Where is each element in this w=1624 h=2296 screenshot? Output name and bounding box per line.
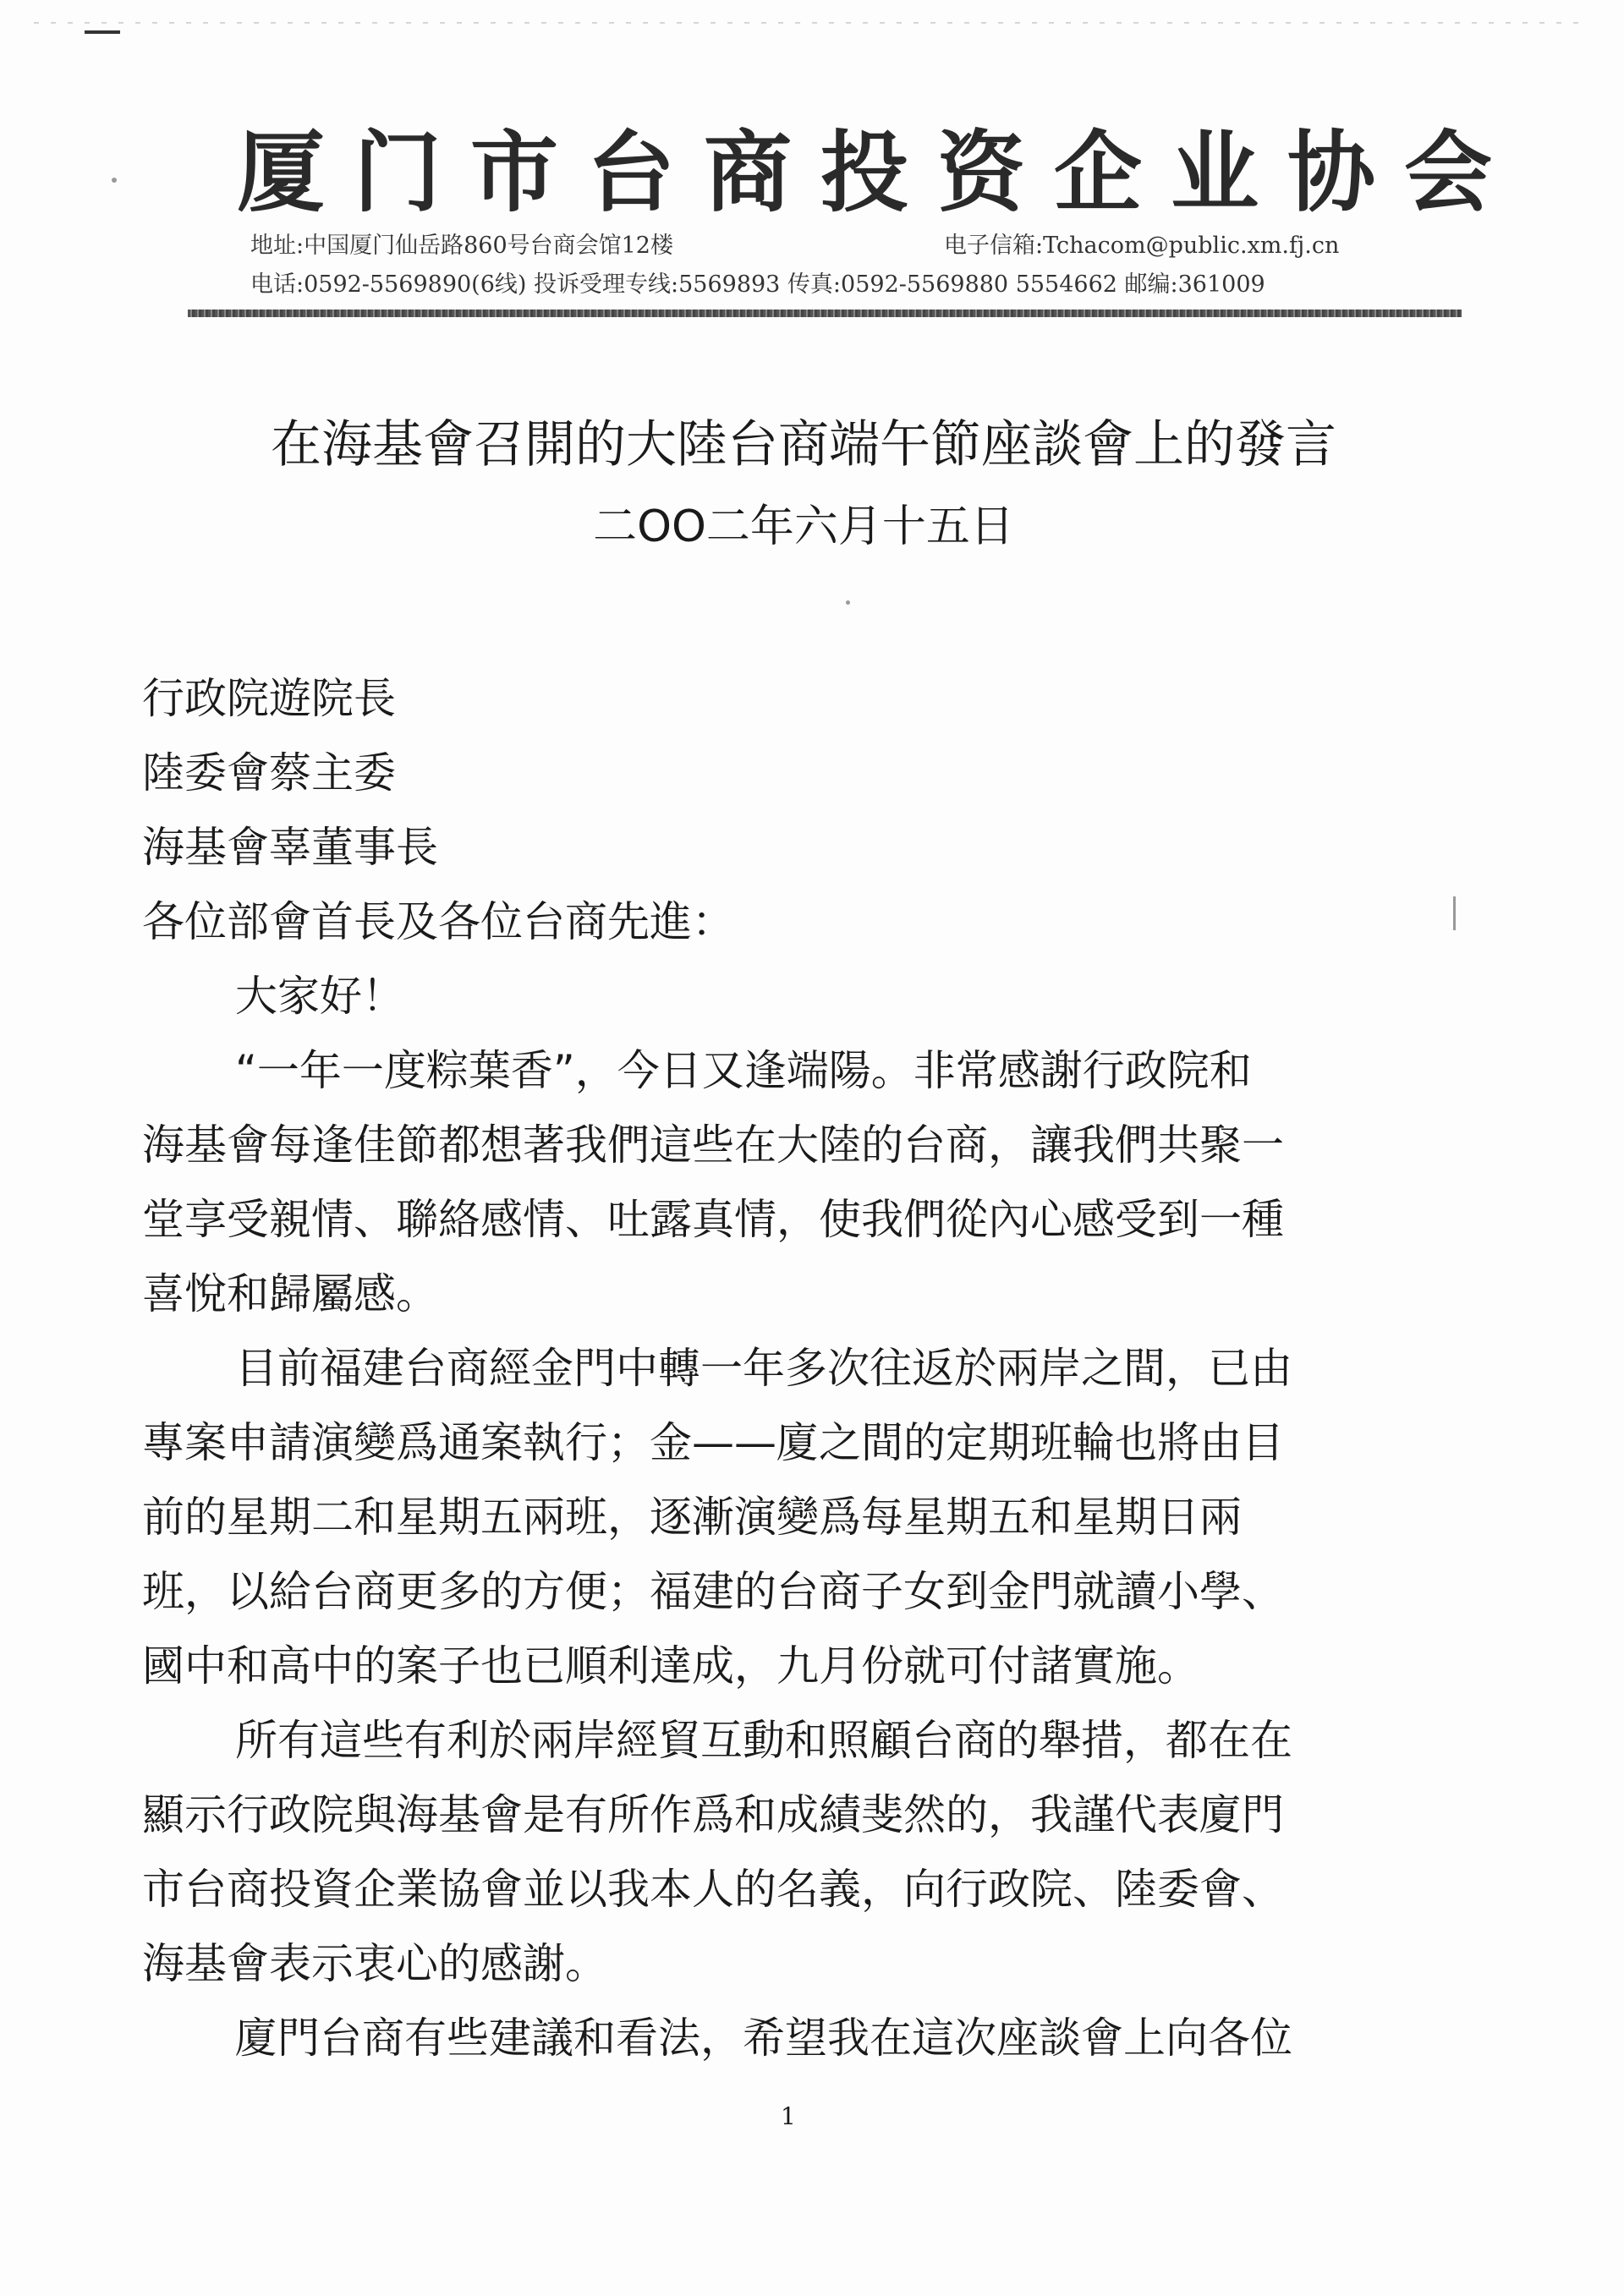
scan-speck xyxy=(1453,896,1456,930)
paragraph-line: 廈門台商有些建議和看法，希望我在這次座談會上向各位 xyxy=(142,2001,1462,2075)
paragraph-line: 目前福建台商經金門中轉一年多次往返於兩岸之間，已由 xyxy=(142,1331,1462,1406)
paragraph-line: 國中和高中的案子也已順利達成，九月份就可付諸實施。 xyxy=(142,1629,1462,1703)
paragraph-line: 海基會每逢佳節都想著我們這些在大陸的台商，讓我們共聚一 xyxy=(142,1108,1462,1182)
paragraph-line: 班，以給台商更多的方便；福建的台商子女到金門就讀小學、 xyxy=(142,1554,1462,1629)
scan-speck xyxy=(846,600,850,605)
paragraph-line: 專案申請演變爲通案執行；金——廈之間的定期班輪也將由目 xyxy=(142,1406,1462,1480)
scan-artifact-mark xyxy=(85,30,120,34)
letterhead-divider xyxy=(188,310,1462,317)
letterhead-contact-line-1: 地址:中国厦门仙岳路860号台商会馆12楼 电子信箱:Tchacom@publi… xyxy=(250,227,673,260)
page-number: 1 xyxy=(781,2102,796,2130)
document-date: 二OO二年六月十五日 xyxy=(169,490,1438,554)
document-title: 在海基會召開的大陸台商端午節座談會上的發言 xyxy=(169,404,1438,477)
scan-artifact-line xyxy=(34,22,1590,24)
paragraph-line: 市台商投資企業協會並以我本人的名義，向行政院、陸委會、 xyxy=(142,1852,1462,1926)
salutation-line: 各位部會首長及各位台商先進： xyxy=(142,885,1462,959)
salutation-line: 陸委會蔡主委 xyxy=(142,736,1462,810)
letterhead-organization: 厦门市台商投资企业协会 xyxy=(237,101,1421,228)
salutation-line: 行政院遊院長 xyxy=(142,661,1462,736)
paragraph-line: “一年一度粽葉香”，今日又逢端陽。非常感謝行政院和 xyxy=(142,1033,1462,1108)
paragraph-line: 前的星期二和星期五兩班，逐漸演變爲每星期五和星期日兩 xyxy=(142,1480,1462,1554)
scanned-page: 厦门市台商投资企业协会 地址:中国厦门仙岳路860号台商会馆12楼 电子信箱:T… xyxy=(0,0,1624,2296)
scan-speck xyxy=(112,178,117,183)
letterhead-email: 电子信箱:Tchacom@public.xm.fj.cn xyxy=(944,227,1339,260)
paragraph-line: 所有這些有利於兩岸經貿互動和照顧台商的舉措，都在在 xyxy=(142,1703,1462,1778)
greeting-line: 大家好！ xyxy=(142,959,1462,1033)
paragraph-line: 喜悅和歸屬感。 xyxy=(142,1257,1462,1331)
salutation-line: 海基會辜董事長 xyxy=(142,810,1462,885)
letterhead-phone-line: 电话:0592-5569890(6线) 投诉受理专线:5569893 传真:05… xyxy=(250,266,1265,299)
document-body: 行政院遊院長 陸委會蔡主委 海基會辜董事長 各位部會首長及各位台商先進： 大家好… xyxy=(142,661,1462,2075)
paragraph-line: 堂享受親情、聯絡感情、吐露真情，使我們從內心感受到一種 xyxy=(142,1182,1462,1257)
paragraph-line: 顯示行政院與海基會是有所作爲和成績斐然的，我謹代表廈門 xyxy=(142,1778,1462,1852)
scan-speck xyxy=(1100,1218,1103,1221)
paragraph-line: 海基會表示衷心的感謝。 xyxy=(142,1926,1462,2001)
letterhead-address: 地址:中国厦门仙岳路860号台商会馆12楼 xyxy=(250,233,673,259)
